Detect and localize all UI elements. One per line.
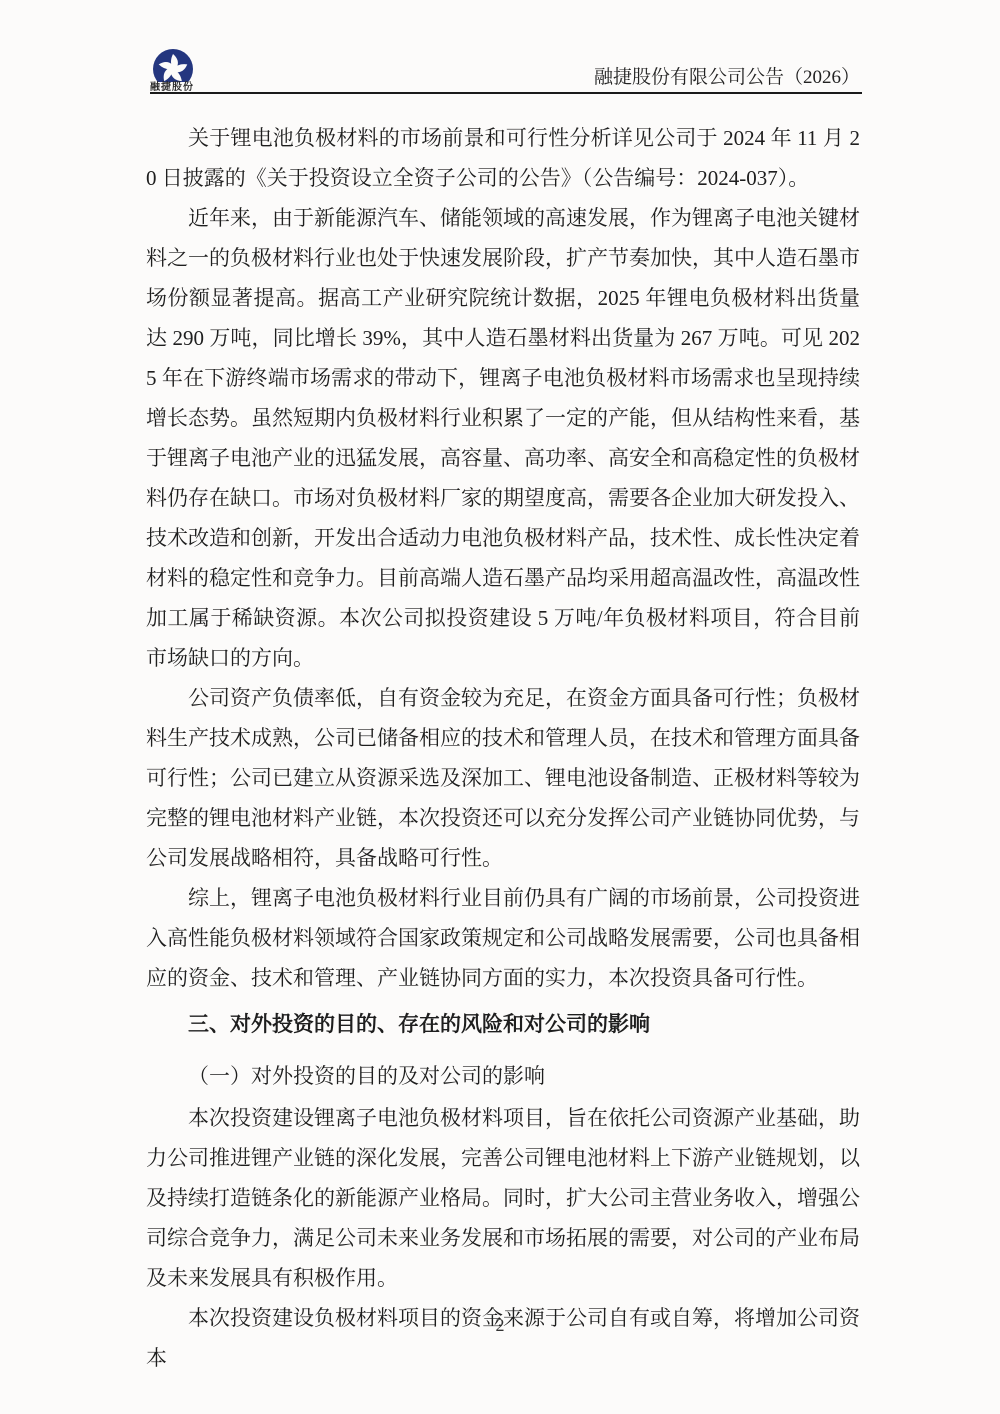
subsection-heading-one: （一）对外投资的目的及对公司的影响 bbox=[146, 1056, 860, 1096]
announcement-header-title: 融捷股份有限公司公告（2026） bbox=[594, 66, 860, 90]
document-body: 关于锂电池负极材料的市场前景和可行性分析详见公司于 2024 年 11 月 20… bbox=[146, 118, 860, 1378]
document-page: 融捷股份 融捷股份有限公司公告（2026） 关于锂电池负极材料的市场前景和可行性… bbox=[0, 0, 1000, 1414]
paragraph-disclosure-reference: 关于锂电池负极材料的市场前景和可行性分析详见公司于 2024 年 11 月 20… bbox=[146, 118, 860, 198]
paragraph-market-outlook: 近年来，由于新能源汽车、储能领域的高速发展，作为锂离子电池关键材料之一的负极材料… bbox=[146, 198, 860, 678]
paragraph-feasibility-summary: 综上，锂离子电池负极材料行业目前仍具有广阔的市场前景，公司投资进入高性能负极材料… bbox=[146, 878, 860, 998]
section-heading-three: 三、对外投资的目的、存在的风险和对公司的影响 bbox=[146, 1004, 860, 1044]
paragraph-funding-source: 本次投资建设负极材料项目的资金来源于公司自有或自筹，将增加公司资本 bbox=[146, 1298, 860, 1378]
page-number: 2 bbox=[0, 1315, 1000, 1336]
paragraph-feasibility-funding: 公司资产负债率低，自有资金较为充足，在资金方面具备可行性；负极材料生产技术成熟，… bbox=[146, 678, 860, 878]
paragraph-investment-purpose: 本次投资建设锂离子电池负极材料项目，旨在依托公司资源产业基础，助力公司推进锂产业… bbox=[146, 1098, 860, 1298]
header-divider bbox=[150, 92, 862, 94]
